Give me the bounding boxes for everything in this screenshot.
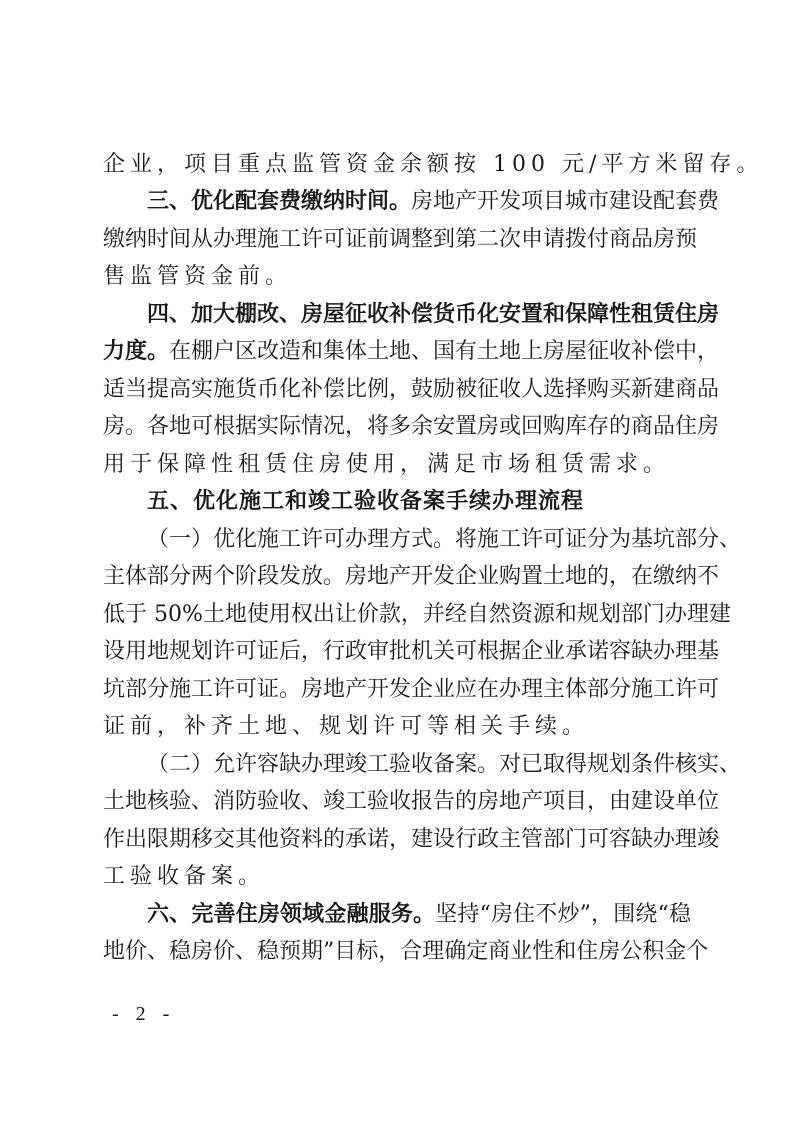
text-line: （二）允许容缺办理竣工验收备案。对已取得规划条件核实、 <box>103 750 691 780</box>
line-text: 适当提高实施货币化补偿比例，鼓励被征收人选择购买新建商品 <box>103 377 719 402</box>
text-line: 用于保障性租赁住房使用，满足市场租赁需求。 <box>103 450 691 480</box>
section-3-heading: 三、优化配套费缴纳时间。 <box>147 189 411 214</box>
line-text: 低于 50%土地使用权出让价款，并经自然资源和规划部门办理建 <box>103 602 731 627</box>
line-text: 用于保障性租赁住房使用，满足市场租赁需求。 <box>103 452 670 477</box>
text-line: 证前，补齐土地、规划许可等相关手续。 <box>103 712 691 742</box>
line-text: 坚持“房住不炒”，围绕“稳 <box>435 902 691 927</box>
text-line: 力度。在棚户区改造和集体土地、国有土地上房屋征收补偿中， <box>103 337 691 367</box>
line-text: 售监管资金前。 <box>103 264 292 289</box>
text-line: 售监管资金前。 <box>103 262 691 292</box>
section-4-heading-line: 四、加大棚改、房屋征收补偿货币化安置和保障性租赁住房 <box>103 300 691 330</box>
line-text: 企业，项目重点监管资金余额按 100 元/平方米留存。 <box>103 152 763 177</box>
line-text: 房地产开发项目城市建设配套费 <box>411 189 719 214</box>
line-text: （二）允许容缺办理竣工验收备案。对已取得规划条件核实、 <box>147 752 741 777</box>
section-6-heading-line: 六、完善住房领域金融服务。坚持“房住不炒”，围绕“稳 <box>103 900 691 930</box>
line-text: 房。各地可根据实际情况，将多余安置房或回购库存的商品住房 <box>103 414 719 439</box>
text-line: 工验收备案。 <box>103 862 691 892</box>
line-text: 主体部分两个阶段发放。房地产开发企业购置土地的，在缴纳不 <box>103 564 719 589</box>
line-text: 工验收备案。 <box>103 864 265 889</box>
text-line: （一）优化施工许可办理方式。将施工许可证分为基坑部分、 <box>103 525 691 555</box>
text-line: 地价、稳房价、稳预期”目标，合理确定商业性和住房公积金个 <box>103 937 691 967</box>
section-5-heading-line: 五、优化施工和竣工验收备案手续办理流程 <box>103 487 691 517</box>
line-text: 作出限期移交其他资料的承诺，建设行政主管部门可容缺办理竣 <box>103 827 719 852</box>
line-text: 证前，补齐土地、规划许可等相关手续。 <box>103 714 589 739</box>
line-text: 设用地规划许可证后，行政审批机关可根据企业承诺容缺办理基 <box>103 639 719 664</box>
text-line: 房。各地可根据实际情况，将多余安置房或回购库存的商品住房 <box>103 412 691 442</box>
line-text: 缴纳时间从办理施工许可证前调整到第二次申请拨付商品房预 <box>103 227 697 252</box>
text-line: 低于 50%土地使用权出让价款，并经自然资源和规划部门办理建 <box>103 600 691 630</box>
section-4-heading: 四、加大棚改、房屋征收补偿货币化安置和保障性租赁住房 <box>147 302 719 327</box>
text-line: 作出限期移交其他资料的承诺，建设行政主管部门可容缺办理竣 <box>103 825 691 855</box>
section-5-heading: 五、优化施工和竣工验收备案手续办理流程 <box>147 489 584 514</box>
line-text: 土地核验、消防验收、竣工验收报告的房地产项目，由建设单位 <box>103 789 719 814</box>
text-line: 坑部分施工许可证。房地产开发企业应在办理主体部分施工许可 <box>103 675 691 705</box>
section-3-heading-line: 三、优化配套费缴纳时间。房地产开发项目城市建设配套费 <box>103 187 691 217</box>
text-line: 设用地规划许可证后，行政审批机关可根据企业承诺容缺办理基 <box>103 637 691 667</box>
text-line: 主体部分两个阶段发放。房地产开发企业购置土地的，在缴纳不 <box>103 562 691 592</box>
document-page: 企业，项目重点监管资金余额按 100 元/平方米留存。 三、优化配套费缴纳时间。… <box>0 0 793 1122</box>
line-text: 地价、稳房价、稳预期”目标，合理确定商业性和住房公积金个 <box>103 939 708 964</box>
section-6-heading: 六、完善住房领域金融服务。 <box>147 902 435 927</box>
page-number: - 2 - <box>112 1003 175 1026</box>
text-line: 企业，项目重点监管资金余额按 100 元/平方米留存。 <box>103 150 691 180</box>
line-text: 在棚户区改造和集体土地、国有土地上房屋征收补偿中， <box>169 339 719 364</box>
text-line: 缴纳时间从办理施工许可证前调整到第二次申请拨付商品房预 <box>103 225 691 255</box>
text-line: 适当提高实施货币化补偿比例，鼓励被征收人选择购买新建商品 <box>103 375 691 405</box>
section-4-heading-cont: 力度。 <box>103 339 169 364</box>
line-text: 坑部分施工许可证。房地产开发企业应在办理主体部分施工许可 <box>103 677 719 702</box>
line-text: （一）优化施工许可办理方式。将施工许可证分为基坑部分、 <box>147 527 741 552</box>
text-line: 土地核验、消防验收、竣工验收报告的房地产项目，由建设单位 <box>103 787 691 817</box>
